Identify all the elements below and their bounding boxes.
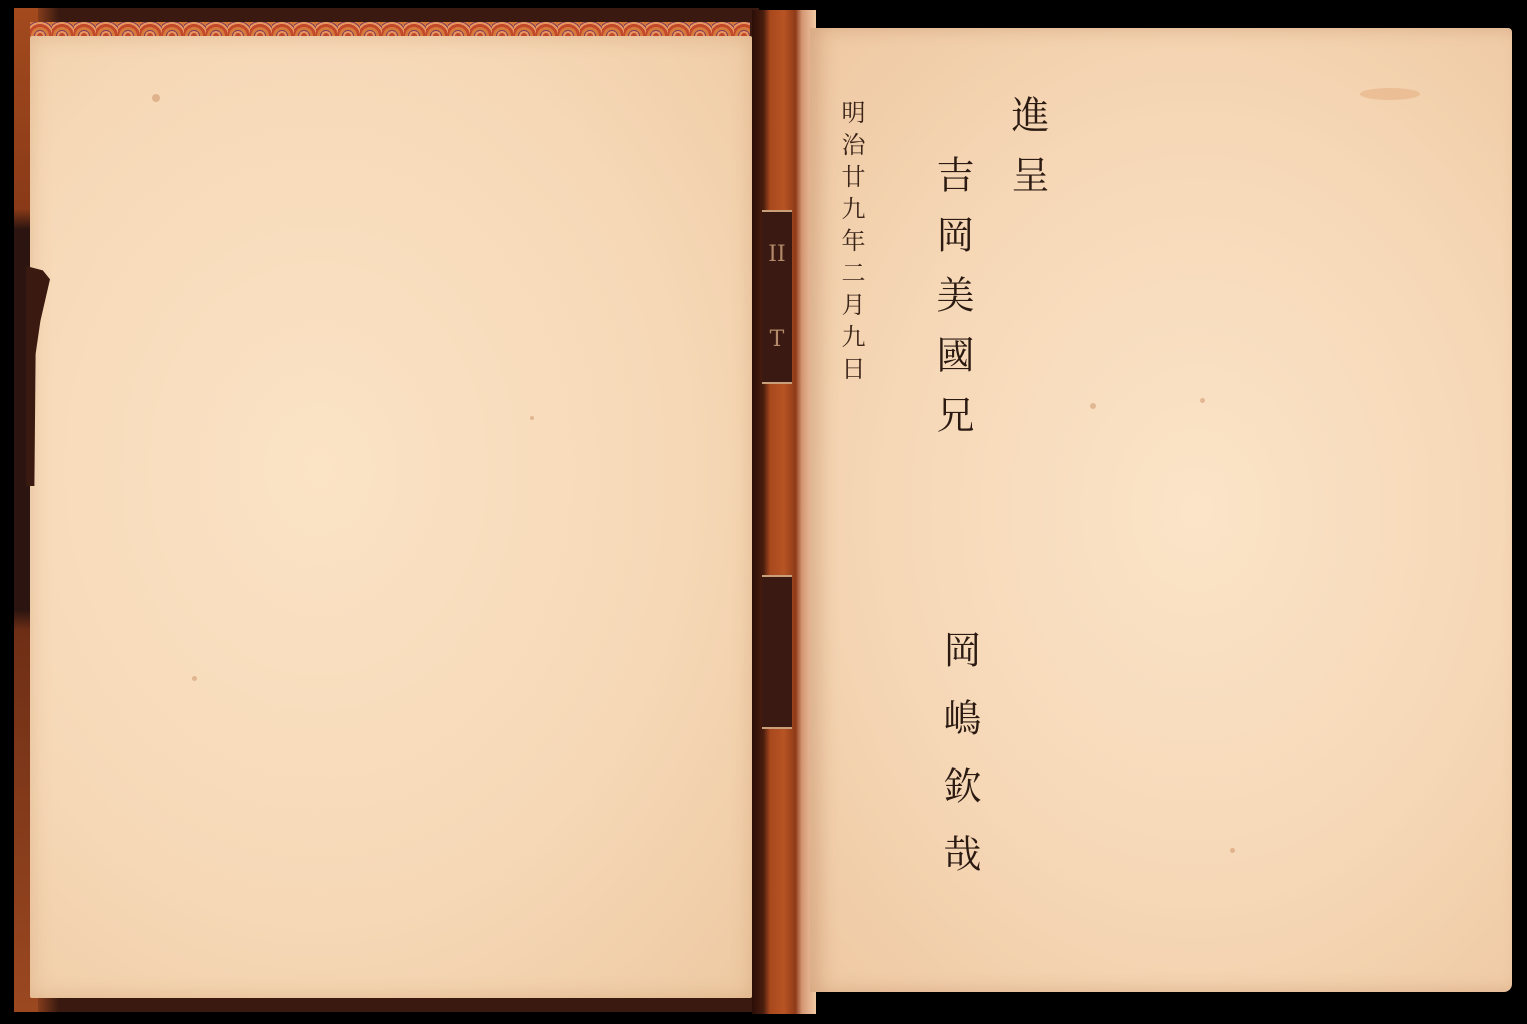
spine-title-label: II T [762,210,792,384]
foxing-spot [1230,848,1235,853]
spine-label-lower [762,575,792,729]
foxing-spot [152,94,160,102]
inscription-presentation: 進呈 [1000,95,1055,215]
foxing-spot [530,416,534,420]
left-endpaper [30,36,752,998]
marbled-endpaper-edge [30,22,750,36]
torn-page-edge [26,266,50,486]
foxing-spot [1200,398,1205,403]
foxing-spot [192,676,197,681]
inscription-author: 岡嶋欽哉 [932,630,987,902]
inscription-date: 明治廿九年二月九日 [834,100,869,388]
spine-label-text: T [762,327,792,352]
book-spine [752,10,816,1014]
inscription-recipient: 吉岡美國兄 [925,155,980,455]
spine-label-text: II [762,242,792,267]
stain [1360,88,1420,100]
foxing-spot [1090,403,1096,409]
right-flyleaf [810,28,1512,992]
